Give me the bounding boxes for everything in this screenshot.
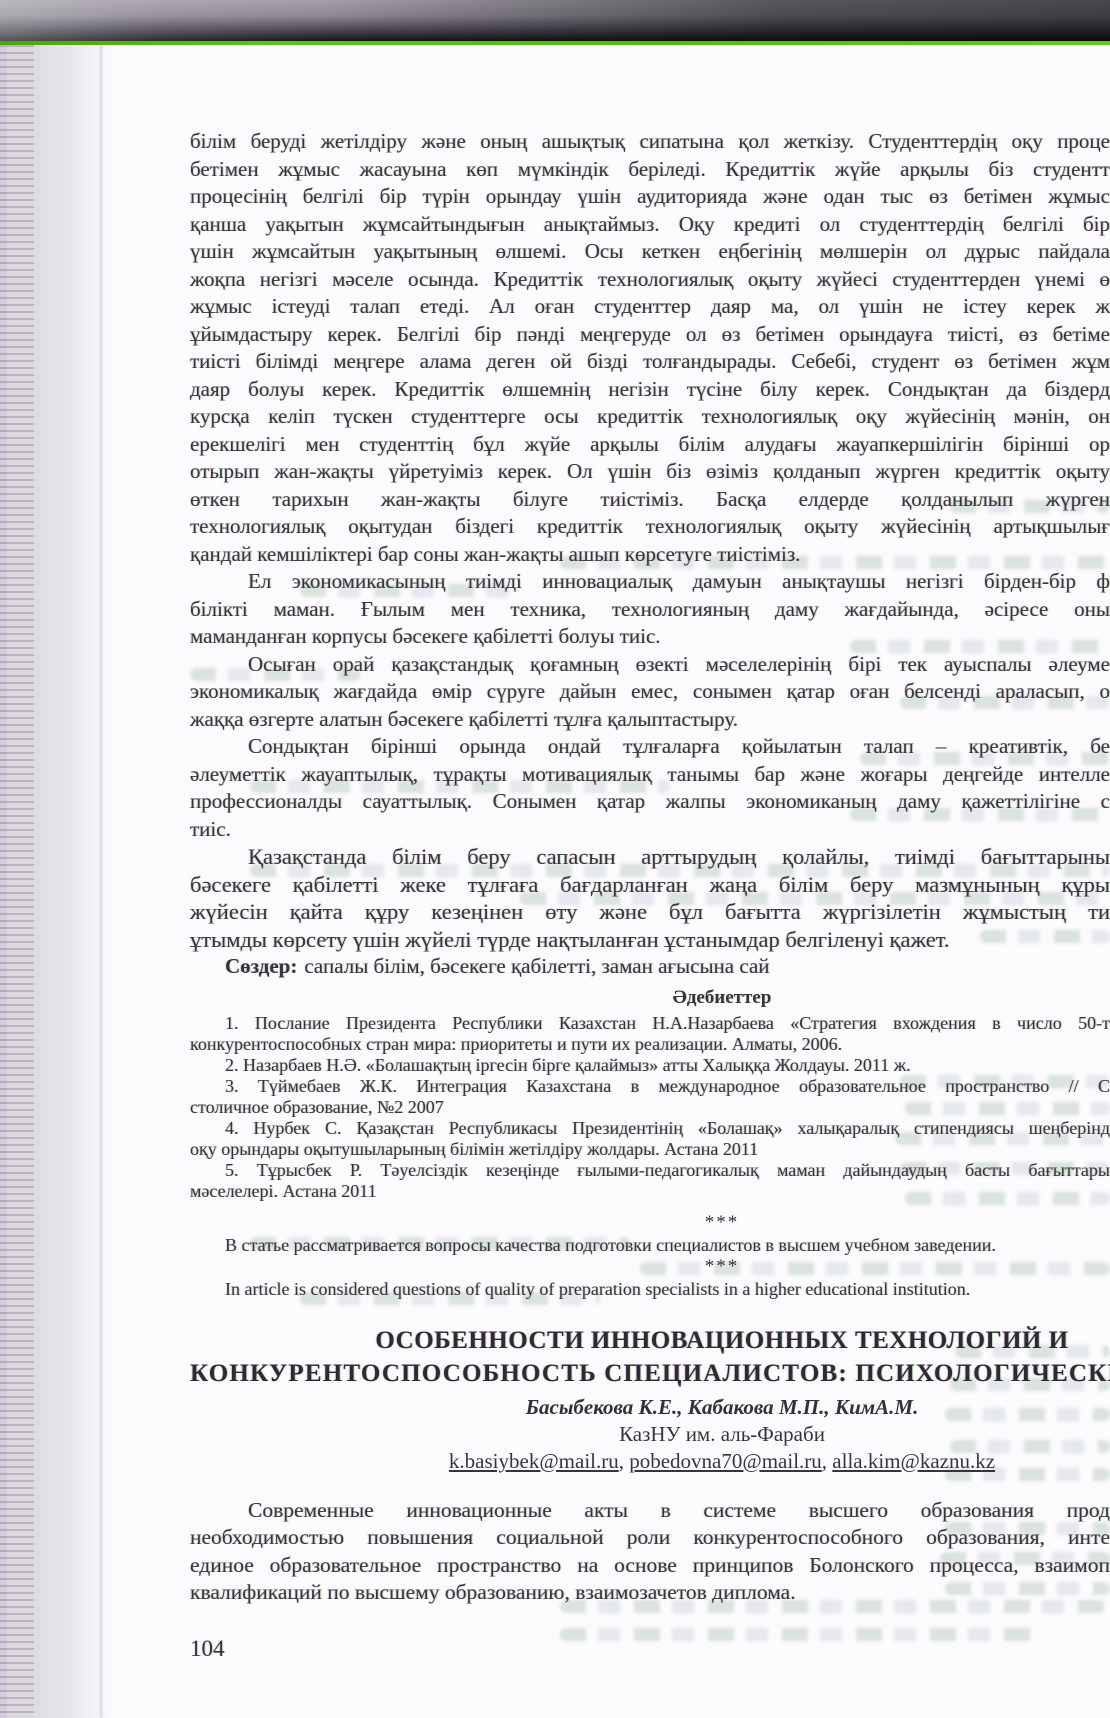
text-line: 3. Түймебаев Ж.К. Интеграция Казахстана … [190,1076,1110,1097]
email-separator: , [619,1449,630,1473]
text-line: қандай кемшіліктері бар соны жан-жақты а… [190,541,1110,569]
text-line: 5. Тұрысбек Р. Тәуелсіздік кезеңінде ғыл… [190,1160,1110,1181]
text-line: ерекшелігі мен студенттің бұл жүйе арқыл… [190,431,1110,459]
text-line: әлеуметтік жауаптылық, тұрақты мотивация… [190,761,1110,789]
text-line: Ел экономикасының тиімді инновациалық да… [190,568,1110,596]
page-crease-line [100,45,102,1718]
article-title-line-2: КОНКУРЕНТОСПОСОБНОСТЬ СПЕЦИАЛИСТОВ: ПСИХ… [190,1357,1110,1390]
scanned-book-page: { "scan": { "green_edge_color": "#52c314… [0,0,1110,1718]
references-heading: Әдебиеттер [190,986,1110,1010]
email-link[interactable]: k.basiybek@mail.ru [449,1449,619,1473]
article-authors: Басыбекова К.Е., Кабакова М.П., КимА.М. [190,1394,1110,1421]
text-line: жұмыс істеуді талап етеді. Ал оған студе… [190,293,1110,321]
page-number: 104 [190,1635,1110,1663]
text-line: единое образовательное пространство на о… [190,1552,1110,1580]
text-line: жоқпа негізгі мәселе осында. Кредиттік т… [190,266,1110,294]
text-line: жаққа өзгерте алатын бәсекеге қабілетті … [190,706,1110,734]
body-paragraph-lines: білім беруді жетілдіру және оның ашықтық… [190,128,1110,953]
references-list: 1. Послание Президента Республики Казахс… [190,1013,1110,1202]
text-line: бәсекеге қабілетті жеке тұлғаға бағдарла… [190,871,1110,899]
book-spine-page-stack [0,45,34,1718]
keywords-label: Сөздер: [225,954,297,978]
text-line: тиіс. [190,816,1110,844]
text-line: жүйесін қайта құру кезеңінен өту және бұ… [190,898,1110,926]
text-line: білікті маман. Ғылым мен техника, технол… [190,596,1110,624]
text-line: 4. Нурбек С. Қазақстан Республикасы През… [190,1118,1110,1139]
text-line: Қазақстанда білім беру сапасын арттыруды… [190,843,1110,871]
text-line: экономикалық жағдайда өмір сүруге дайын … [190,678,1110,706]
text-line: мәселелері. Астана 2011 [190,1181,1110,1202]
text-line: қанша уақытын жұмсайтындығын анықтаймыз.… [190,211,1110,239]
text-line: технологиялық оқытудан біздегі кредиттік… [190,513,1110,541]
scanner-background-band [0,0,1110,41]
page-curl-shadow [34,45,119,1718]
text-line: Осыған орай қазақстандық қоғамның өзекті… [190,651,1110,679]
text-line: даяр болуы керек. Кредиттік өлшемнің нег… [190,376,1110,404]
page-top-green-edge [0,41,1110,45]
text-line: тиісті білімді меңгере алама деген ой бі… [190,348,1110,376]
text-line: өткен тарихын жан-жақты білуге тиістіміз… [190,486,1110,514]
text-line: столичное образование, №2 2007 [190,1097,1110,1118]
text-line: профессионалды сауаттылық. Сонымен қатар… [190,788,1110,816]
email-separator: , [822,1449,833,1473]
abstract-russian: В статье рассматривается вопросы качеств… [190,1234,1110,1256]
email-link[interactable]: alla.kim@kaznu.kz [832,1449,995,1473]
email-link[interactable]: pobedovna70@mail.ru [629,1449,822,1473]
article-affiliation: КазНУ им. аль-Фараби [190,1421,1110,1448]
text-line: Современные инновационные акты в системе… [190,1497,1110,1525]
section-separator-asterisks: *** [190,1212,1110,1234]
text-line: бетімен жұмыс жасауына көп мүмкіндік бер… [190,156,1110,184]
text-line: необходимостью повышения социальной роли… [190,1524,1110,1552]
text-line: курсқа келіп түскен студенттерге осы кре… [190,403,1110,431]
text-line: 1. Послание Президента Республики Казахс… [190,1013,1110,1034]
text-line: квалификаций по высшему образованию, вза… [190,1579,1110,1607]
keywords-line: Сөздер:сапалы білім, бәсекеге қабілетті,… [190,953,1110,981]
article-emails-line: k.basiybek@mail.ru, pobedovna70@mail.ru,… [190,1448,1110,1475]
closing-paragraph-lines: Современные инновационные акты в системе… [190,1497,1110,1607]
text-line: 2. Назарбаев Н.Ә. «Болашақтың іргесін бі… [190,1055,1110,1076]
text-line: оқу орындары оқытушыларының білімін жеті… [190,1139,1110,1160]
text-line: білім беруді жетілдіру және оның ашықтық… [190,128,1110,156]
text-line: конкурентоспособных стран мира: приорите… [190,1034,1110,1055]
keywords-text: сапалы білім, бәсекеге қабілетті, заман … [304,954,769,978]
text-line: процесінің белгілі бір түрін орындау үші… [190,183,1110,211]
text-line: отырып жан-жақты үйретуіміз керек. Ол үш… [190,458,1110,486]
text-line: ұйымдастыру керек. Белгілі бір пәнді мең… [190,321,1110,349]
text-line: Сондықтан бірінші орында ондай тұлғаларғ… [190,733,1110,761]
text-line: үшін жұмсайтын уақытының өлшемі. Осы кет… [190,238,1110,266]
article-title-line-1: ОСОБЕННОСТИ ИННОВАЦИОННЫХ ТЕХНОЛОГИЙ И [190,1324,1110,1357]
text-line: маманданған корпусы бәсекеге қабілетті б… [190,623,1110,651]
section-separator-asterisks: *** [190,1256,1110,1278]
page-text-column: білім беруді жетілдіру және оның ашықтық… [190,128,1110,1662]
abstract-english: In article is considered questions of qu… [190,1278,1110,1300]
text-line: ұтымды көрсету үшін жүйелі түрде нақтыла… [190,926,1110,954]
